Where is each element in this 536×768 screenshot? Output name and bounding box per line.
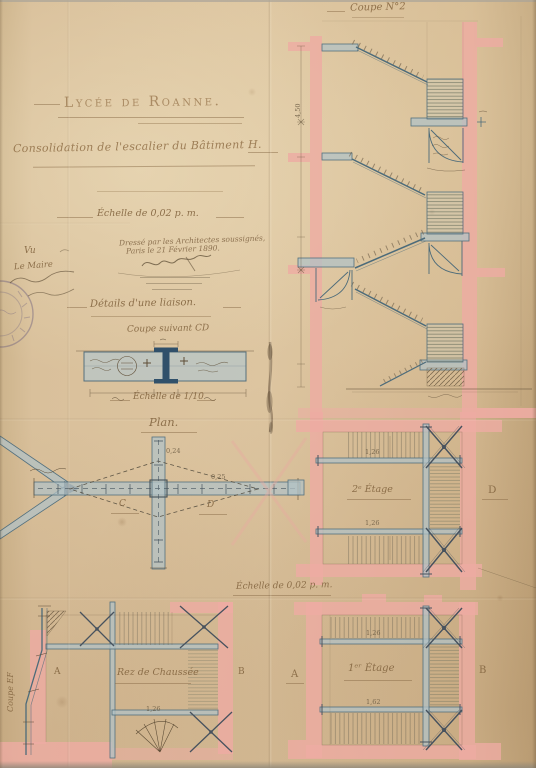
ink-rule: [248, 152, 278, 153]
plan-ground-drawing: [0, 602, 233, 768]
floor1-plan-label: 1ᵉʳ Étage: [348, 663, 394, 674]
scan-edge-right: [532, 0, 536, 768]
ink-rule: [197, 400, 215, 401]
ink-rule: [110, 400, 130, 401]
ref-letter-a-ground: A: [54, 667, 61, 677]
ink-rule: [67, 307, 87, 308]
dimension-label: 0,24: [166, 447, 180, 455]
plan-detail-drawing: [0, 436, 306, 569]
ref-letter-a-floor1: A: [291, 669, 298, 680]
dimension-label: 1,26: [365, 519, 379, 527]
dimension-label: 0,25: [211, 473, 225, 481]
scan-edge-bottom: [0, 761, 536, 768]
dimension-label: 1,26: [365, 448, 379, 456]
ink-rule: [199, 514, 227, 515]
ink-rule: [115, 683, 191, 684]
ref-letter-d-floor2: D: [488, 484, 496, 496]
detail-cut-label: Coupe suivant CD: [127, 323, 209, 334]
page-title: Lycée de Roanne.: [64, 93, 222, 111]
plan-floor1-drawing: [288, 594, 501, 760]
ink-rule: [286, 683, 304, 684]
ink-rule: [327, 11, 345, 12]
ink-rule: [34, 104, 60, 105]
ink-rule: [91, 316, 211, 317]
ref-letter-c: C: [119, 499, 126, 509]
scan-edge-left: [0, 0, 3, 768]
ink-rule: [233, 595, 331, 596]
ink-rule: [223, 307, 241, 308]
printed-line: [152, 289, 192, 290]
printed-line: [140, 277, 210, 278]
dimension-label: 1,26: [366, 629, 380, 637]
plan-floor2-drawing: [288, 412, 536, 590]
ink-rule: [58, 117, 244, 118]
ink-rule: [141, 432, 197, 433]
signature-marks: [10, 250, 240, 296]
ink-rule: [138, 123, 242, 124]
printed-line: [146, 283, 202, 284]
floor2-plan-label: 2ᵉ Étage: [352, 484, 393, 495]
detail-title: Détails d'une liaison.: [90, 297, 196, 310]
ink-rule: [216, 217, 244, 218]
ref-letter-d: D: [207, 500, 214, 510]
ref-letter-b-ground: B: [238, 667, 245, 677]
ref-letter-b-floor1: B: [479, 665, 486, 676]
plans-scale-label: Échelle de 0,02 p. m.: [236, 580, 333, 592]
ink-rule: [97, 191, 223, 192]
detail-scale-label: Échelle de 1/10: [133, 392, 204, 402]
scanned-drawing-sheet: Coupe N°2 Lycée de Roanne. Consolidation…: [0, 0, 536, 768]
sheet-number-label: Coupe N°2: [350, 1, 406, 13]
mayor-stamp: [0, 281, 33, 347]
main-scale-label: Échelle de 0,02 p. m.: [97, 208, 199, 219]
dimension-label: 1,26: [146, 705, 160, 713]
ground-plan-label: Rez de Chaussée: [117, 667, 199, 678]
section-height-dimension: 4,50: [294, 104, 302, 118]
dimension-label: 1,62: [366, 698, 380, 706]
drawing-linework: [0, 0, 536, 768]
side-section-label: Coupe EF: [6, 672, 15, 712]
ink-rule: [347, 499, 411, 500]
ink-rule: [57, 217, 93, 218]
stair-section-drawing: [288, 16, 536, 420]
scan-edge-top: [0, 0, 536, 2]
ink-rule: [352, 17, 404, 18]
ink-rule: [111, 513, 139, 514]
ink-rule: [344, 680, 412, 681]
plan-detail-title: Plan.: [149, 415, 178, 429]
ink-rule: [482, 499, 508, 500]
approval-vu-label: Vu: [24, 246, 36, 256]
fold-crease-mark: [267, 342, 274, 434]
